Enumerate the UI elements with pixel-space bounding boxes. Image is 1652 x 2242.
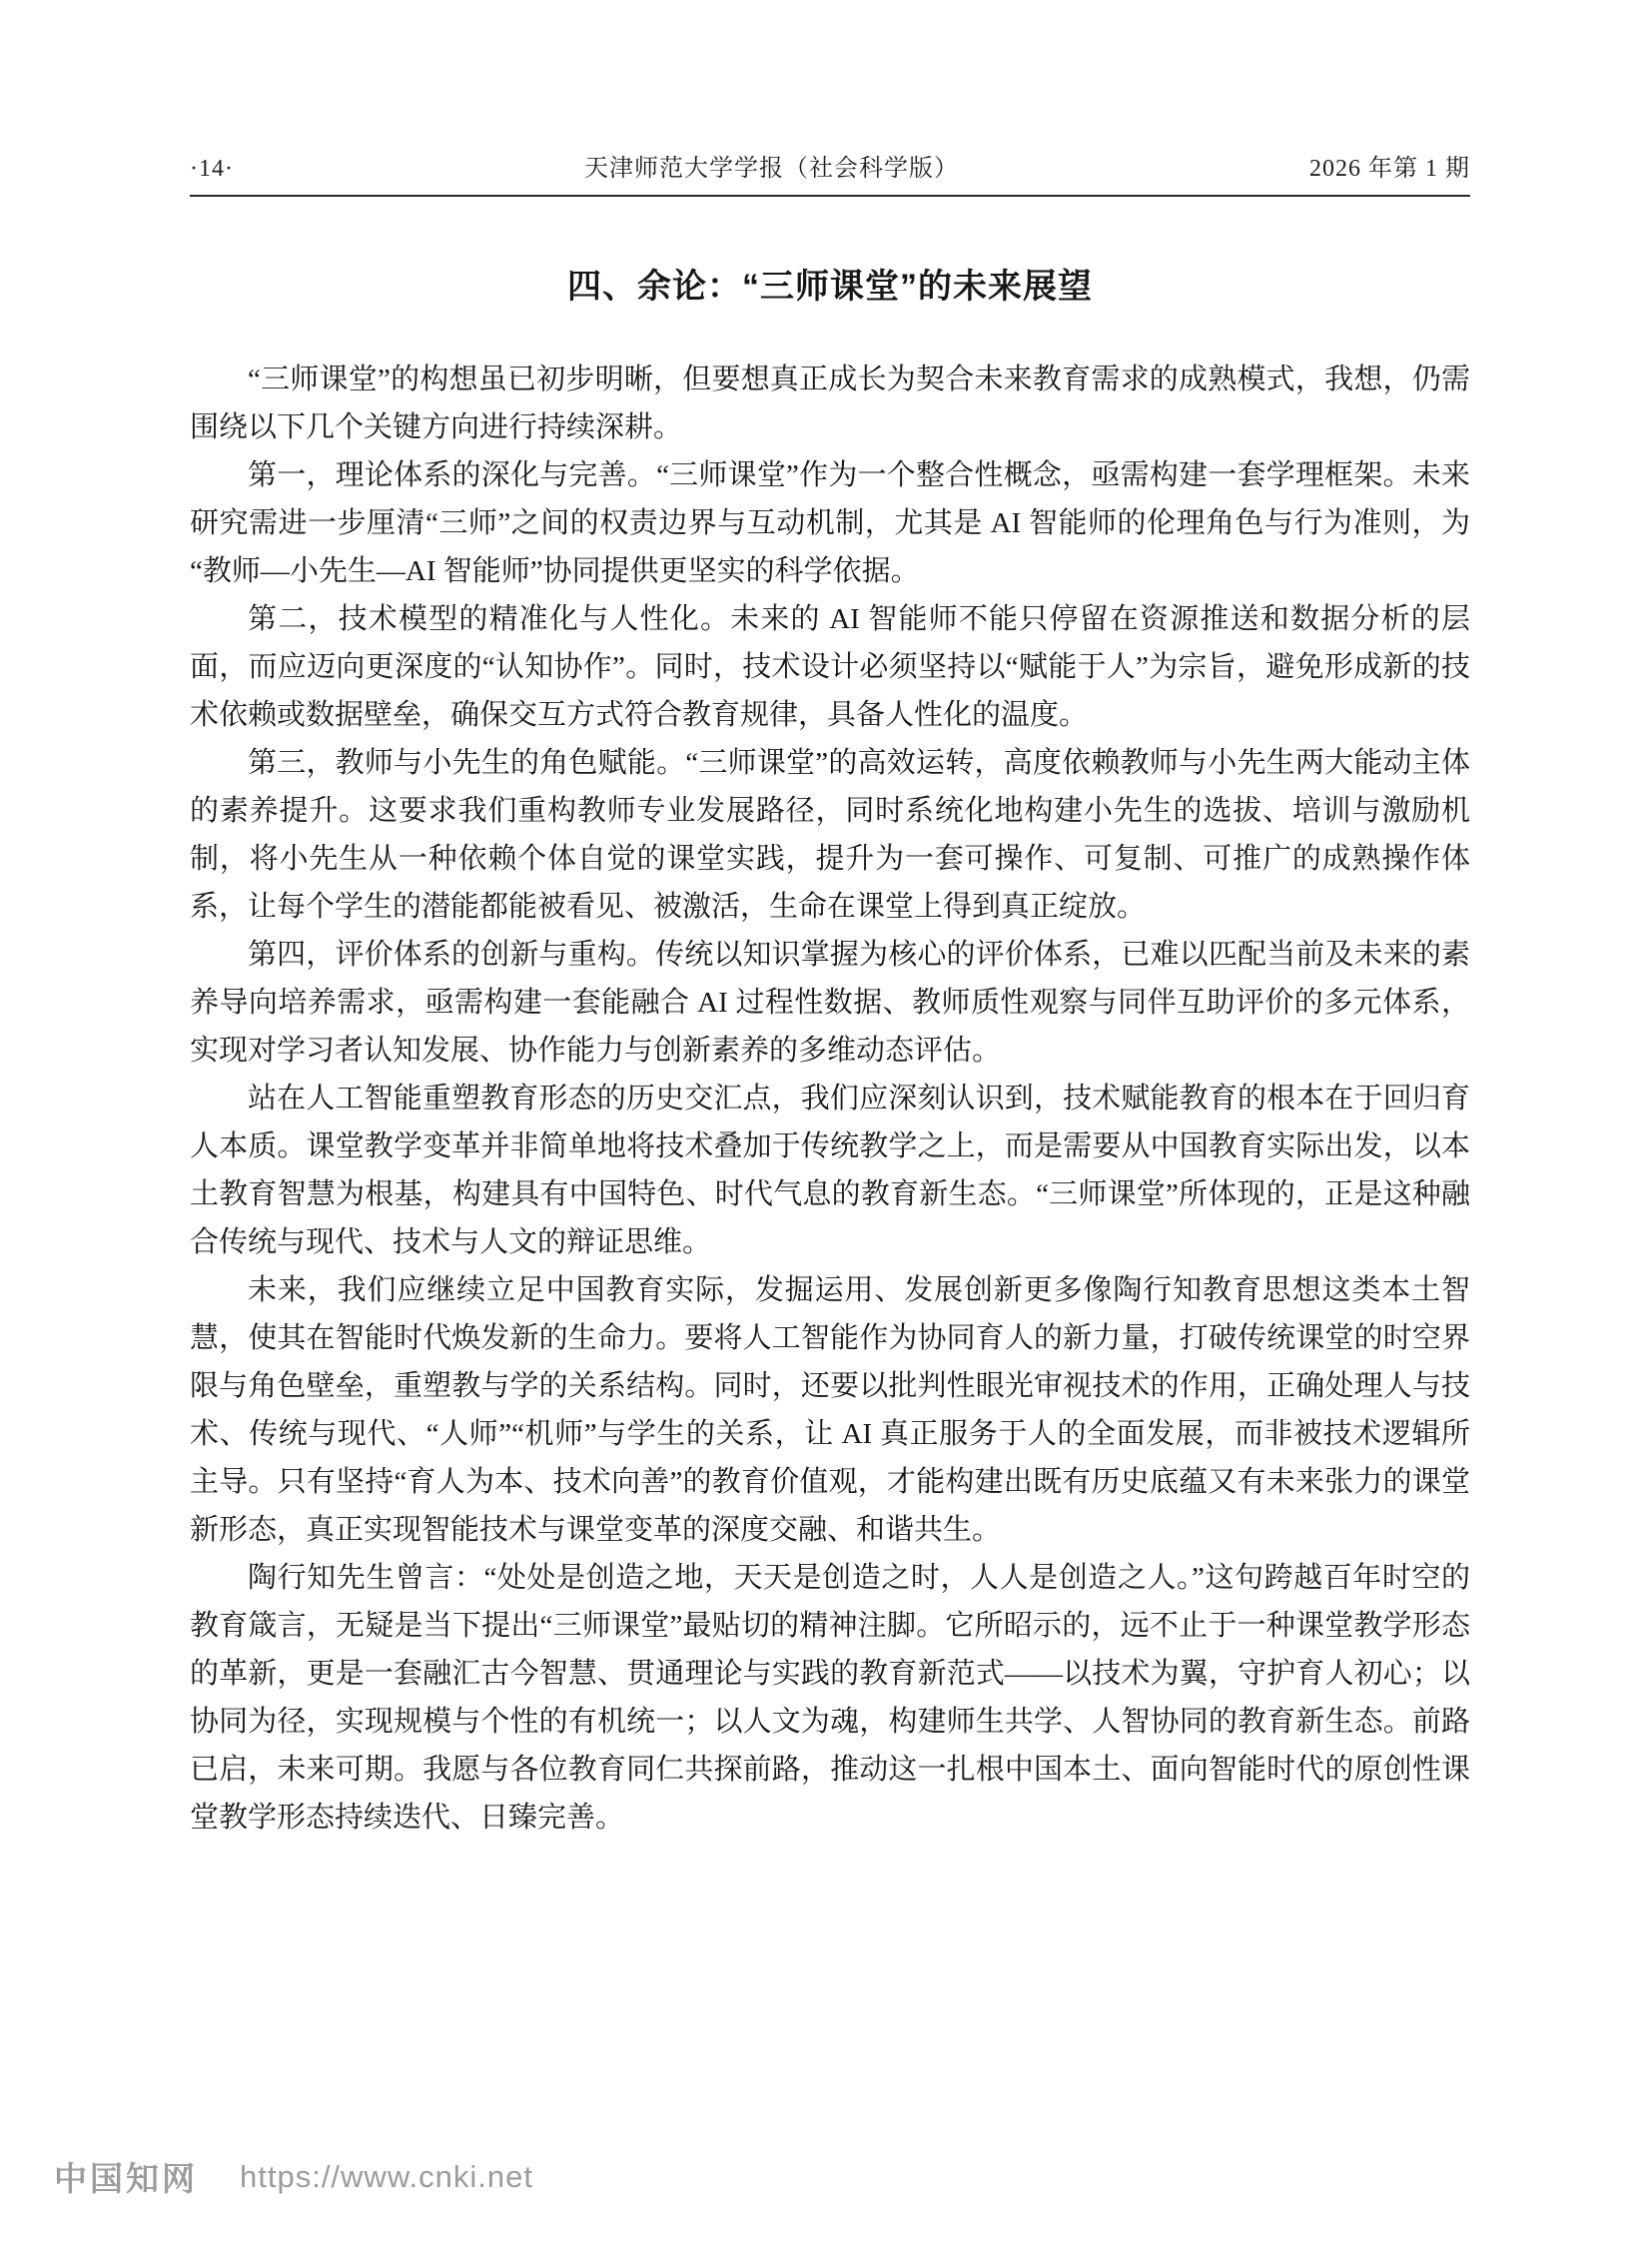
body-paragraph: 第四，评价体系的创新与重构。传统以知识掌握为核心的评价体系，已难以匹配当前及未来… (190, 931, 1470, 1075)
body-paragraph: “三师课堂”的构想虽已初步明晰，但要想真正成长为契合未来教育需求的成熟模式，我想… (190, 356, 1470, 451)
issue-label: 2026 年第 1 期 (1309, 148, 1470, 183)
cnki-watermark-url: https://www.cnki.net (240, 2159, 533, 2195)
header-rule (190, 195, 1470, 197)
page-number: ·14· (190, 156, 234, 183)
section-title: 四、余论：“三师课堂”的未来展望 (190, 259, 1470, 308)
body-paragraph: 未来，我们应继续立足中国教育实际，发掘运用、发展创新更多像陶行知教育思想这类本土… (190, 1266, 1470, 1554)
body-paragraph: 第三，教师与小先生的角色赋能。“三师课堂”的高效运转，高度依赖教师与小先生两大能… (190, 739, 1470, 931)
journal-title: 天津师范大学学报（社会科学版） (234, 148, 1309, 183)
body-paragraph: 第一，理论体系的深化与完善。“三师课堂”作为一个整合性概念，亟需构建一套学理框架… (190, 451, 1470, 595)
body-paragraph: 第二，技术模型的精准化与人性化。未来的 AI 智能师不能只停留在资源推送和数据分… (190, 595, 1470, 739)
cnki-watermark-label: 中国知网 (54, 2153, 198, 2200)
journal-page: ·14· 天津师范大学学报（社会科学版） 2026 年第 1 期 四、余论：“三… (0, 0, 1652, 2242)
page-content: ·14· 天津师范大学学报（社会科学版） 2026 年第 1 期 四、余论：“三… (190, 0, 1470, 1842)
cnki-watermark: 中国知网 https://www.cnki.net (54, 2153, 533, 2200)
article-body: “三师课堂”的构想虽已初步明晰，但要想真正成长为契合未来教育需求的成熟模式，我想… (190, 356, 1470, 1842)
body-paragraph: 站在人工智能重塑教育形态的历史交汇点，我们应深刻认识到，技术赋能教育的根本在于回… (190, 1075, 1470, 1266)
running-head: ·14· 天津师范大学学报（社会科学版） 2026 年第 1 期 (190, 0, 1470, 195)
body-paragraph: 陶行知先生曾言：“处处是创造之地，天天是创造之时，人人是创造之人。”这句跨越百年… (190, 1554, 1470, 1842)
